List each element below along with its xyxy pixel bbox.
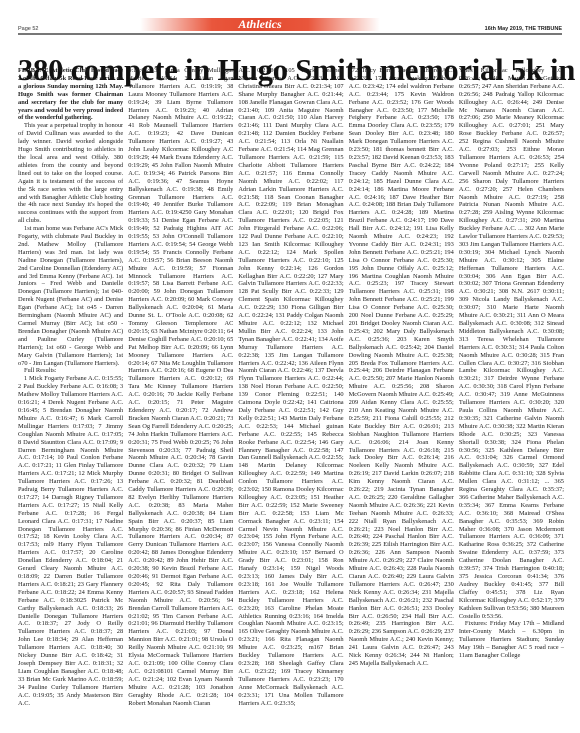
column-2: 0:19:05; 36 Linda Conroy Mullingar Harri… [128, 67, 233, 727]
paragraph: This year a perpetual trophy in honour o… [18, 122, 123, 225]
results-text: Yates Kilcormac Killoughey A.C. 0:26:48;… [459, 67, 564, 620]
paragraph: 1st man home was Ferbane AC's Mick Fogar… [18, 225, 123, 367]
column-1: FERBANE Athletic Club hosted race 3 of t… [18, 67, 123, 727]
page-header: Page 52 Athletics 16th May 2019, THE TRI… [0, 0, 580, 34]
results-heading: Full Results: [18, 367, 123, 375]
results-text: 1 Mick Fogarty Ferbane A.C. 0:15:55; 2 P… [18, 375, 123, 707]
header-rule [18, 33, 562, 35]
results-text: 0:19:05; 36 Linda Conroy Mullingar Harri… [128, 67, 233, 707]
section-banner: Athletics [140, 18, 380, 31]
page-number: Page 52 [18, 26, 39, 32]
publication-date: 16th May 2019, THE TRIBUNE [485, 26, 562, 32]
column-4: 172 Tracy Burns Naomh Mhuire A.C. 0:23:3… [349, 67, 454, 727]
column-3: A.C. 0:21:30; 105 Mark Kearney Naomh Cia… [238, 67, 343, 727]
fixtures-text: Fixtures: Friday May 17th – Midland Inte… [459, 620, 564, 660]
article-intro: FERBANE Athletic Club hosted race 3 of t… [18, 67, 123, 122]
section-title: Athletics [140, 17, 380, 32]
results-text: 172 Tracy Burns Naomh Mhuire A.C. 0:23:3… [349, 67, 454, 668]
column-5: Yates Kilcormac Killoughey A.C. 0:26:48;… [459, 67, 564, 727]
article-body: FERBANE Athletic Club hosted race 3 of t… [18, 67, 564, 727]
results-text: A.C. 0:21:30; 105 Mark Kearney Naomh Cia… [238, 67, 343, 707]
